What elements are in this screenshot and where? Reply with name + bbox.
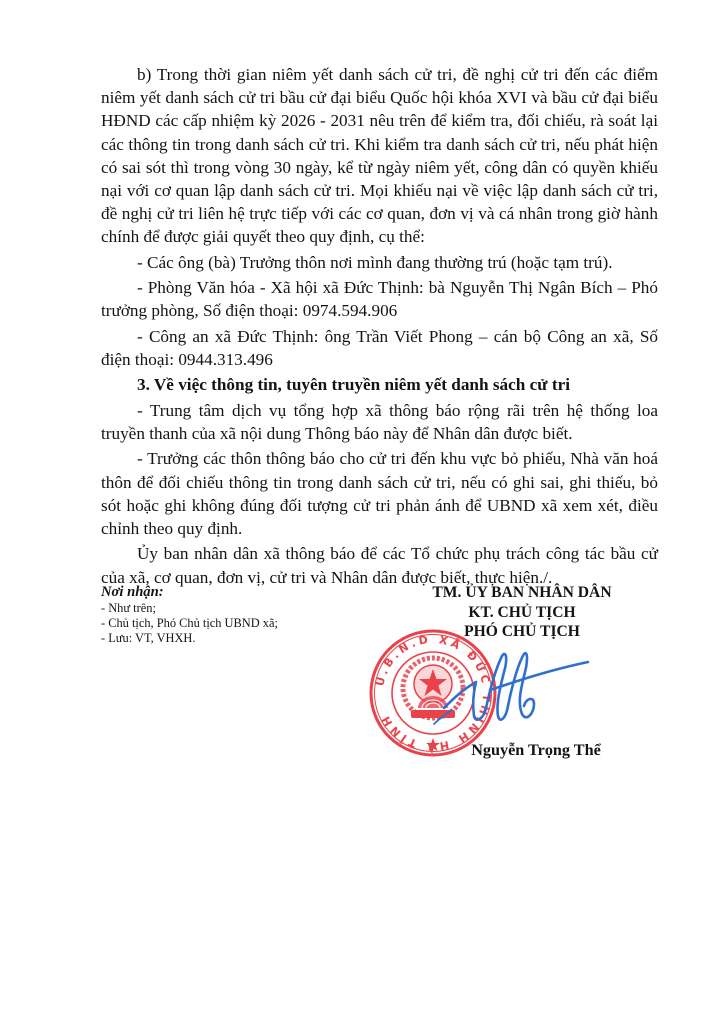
section-3-paragraph: - Trưởng các thôn thông báo cho cử tri đ… xyxy=(101,447,658,540)
contact-item-village-head: - Các ông (bà) Trưởng thôn nơi mình đang… xyxy=(101,251,658,274)
receiver-item: - Lưu: VT, VHXH. xyxy=(101,631,351,646)
closing-paragraph: Ủy ban nhân dân xã thông báo để các Tổ c… xyxy=(101,542,658,588)
signature-title-line: TM. ỦY BAN NHÂN DÂN xyxy=(392,583,652,603)
document-page: b) Trong thời gian niêm yết danh sách cử… xyxy=(0,0,719,1013)
section-3-heading: 3. Về việc thông tin, tuyên truyền niêm … xyxy=(101,373,658,396)
receivers-title: Nơi nhận: xyxy=(101,583,351,601)
signature-title-line: KT. CHỦ TỊCH xyxy=(392,603,652,623)
contact-item-police: - Công an xã Đức Thịnh: ông Trần Viết Ph… xyxy=(101,325,658,371)
section-3-paragraph: - Trung tâm dịch vụ tổng hợp xã thông bá… xyxy=(101,399,658,445)
receivers-list: Nơi nhận: - Như trên; - Chủ tịch, Phó Ch… xyxy=(101,583,351,647)
document-body: b) Trong thời gian niêm yết danh sách cử… xyxy=(101,63,658,591)
paragraph-b: b) Trong thời gian niêm yết danh sách cử… xyxy=(101,63,658,249)
handwritten-signature xyxy=(430,644,590,734)
receiver-item: - Như trên; xyxy=(101,601,351,616)
contact-item-culture-office: - Phòng Văn hóa - Xã hội xã Đức Thịnh: b… xyxy=(101,276,658,322)
receiver-item: - Chủ tịch, Phó Chủ tịch UBND xã; xyxy=(101,616,351,631)
